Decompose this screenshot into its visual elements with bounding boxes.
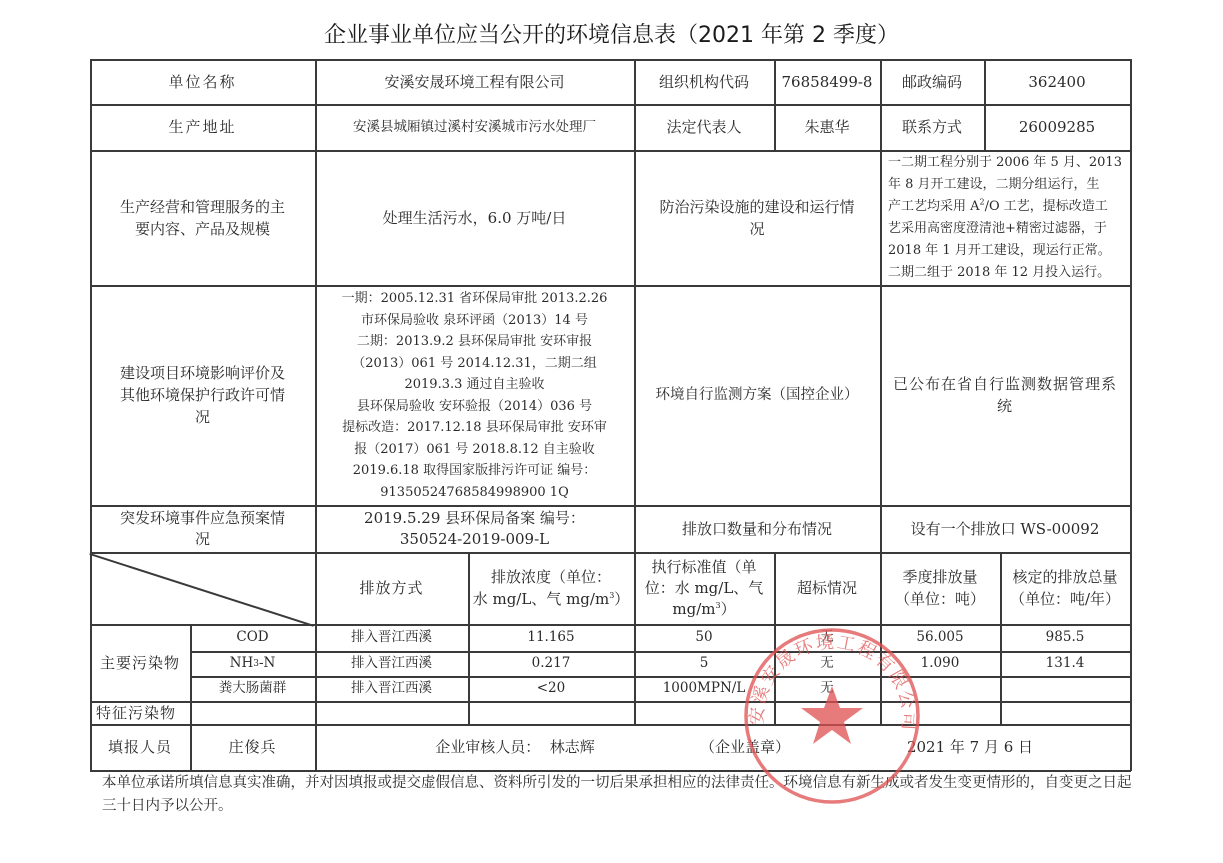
characteristic-pollutants-label: 特征污染物 bbox=[90, 701, 315, 724]
facility-line: 产工艺均采用 A2/O 工艺，提标改造工 bbox=[888, 196, 1108, 218]
header-quarterly: 季度排放量 （单位：吨） bbox=[880, 552, 1000, 624]
header-standard-line3: mg/m3） bbox=[672, 599, 735, 620]
contact-label: 联系方式 bbox=[880, 104, 984, 150]
monitoring-value-line1: 已公布在省自行监测数据管理系 bbox=[893, 373, 1117, 395]
pollutant-name: 粪大肠菌群 bbox=[190, 676, 315, 701]
operations-label-line2: 要内容、产品及规模 bbox=[135, 218, 270, 240]
signoff-date: 2021 年 7 月 6 日 bbox=[890, 724, 1050, 770]
org-code-value: 76858499-8 bbox=[774, 59, 880, 104]
eia-line: 91350524768584998900 1Q bbox=[380, 482, 568, 504]
eia-line: 二期：2013.9.2 县环保局审批 安环审报 bbox=[357, 331, 592, 353]
eia-value: 一期：2005.12.31 省环保局审批 2013.2.26 市环保局验收 泉环… bbox=[315, 286, 634, 505]
header-quarterly-line1: 季度排放量 bbox=[902, 566, 977, 588]
eia-label: 建设项目环境影响评价及 其他环境保护行政许可情 况 bbox=[90, 285, 315, 505]
facility-line: 艺采用高密度澄清池+精密过滤器，于 bbox=[888, 218, 1107, 240]
facility-label-line1: 防治污染设施的建设和运行情 bbox=[659, 196, 854, 218]
eia-line: 一期：2005.12.31 省环保局审批 2013.2.26 bbox=[342, 288, 608, 310]
pollutant-method: 排入晋江西溪 bbox=[315, 624, 468, 651]
page-title: 企业事业单位应当公开的环境信息表（2021 年第 2 季度） bbox=[0, 18, 1223, 49]
org-code-label: 组织机构代码 bbox=[634, 59, 774, 104]
eia-line: 提标改造：2017.12.18 县环保局审批 安环审 bbox=[342, 417, 607, 439]
emergency-value-line1: 2019.5.29 县环保局备案 编号： bbox=[364, 508, 585, 529]
facility-label: 防治污染设施的建设和运行情 况 bbox=[634, 150, 880, 285]
eia-label-line2: 其他环境保护行政许可情 bbox=[120, 384, 285, 406]
emergency-value: 2019.5.29 县环保局备案 编号： 350524-2019-009-L bbox=[315, 505, 634, 552]
facility-line: 2018 年 1 月开工建设，现运行正常。 bbox=[888, 240, 1111, 262]
pollutant-method: 排入晋江西溪 bbox=[315, 651, 468, 676]
pollutant-quarterly: 56.005 bbox=[880, 624, 1000, 651]
header-method: 排放方式 bbox=[315, 552, 468, 624]
pollutant-name: COD bbox=[190, 624, 315, 651]
legal-rep-value: 朱惠华 bbox=[774, 104, 880, 150]
emergency-value-line2: 350524-2019-009-L bbox=[400, 529, 549, 550]
facility-line: 二期二组于 2018 年 12 月投入运行。 bbox=[888, 262, 1110, 284]
facility-line: 一二期工程分别于 2006 年 5 月、2013 bbox=[888, 152, 1122, 174]
header-concentration-line1: 排放浓度（单位： bbox=[491, 566, 611, 588]
header-diagonal bbox=[90, 553, 314, 626]
emergency-label: 突发环境事件应急预案情 况 bbox=[90, 505, 315, 552]
pollutant-exceed: 无 bbox=[774, 651, 880, 676]
pollutant-name: NH3-N bbox=[190, 651, 315, 676]
emergency-label-line1: 突发环境事件应急预案情 bbox=[120, 508, 285, 529]
col-divider bbox=[315, 724, 317, 770]
header-standard-line1: 执行标准值（单 bbox=[651, 557, 756, 578]
filler-label: 填报人员 bbox=[90, 724, 190, 770]
pollutant-quarterly: 1.090 bbox=[880, 651, 1000, 676]
postal-code-value: 362400 bbox=[984, 59, 1130, 104]
address-value: 安溪县城厢镇过溪村安溪城市污水处理厂 bbox=[315, 104, 634, 150]
emergency-label-line2: 况 bbox=[195, 529, 210, 550]
header-approved: 核定的排放总量 （单位：吨/年） bbox=[1000, 552, 1130, 624]
eia-line: 县环保局验收 安环验报（2014）036 号 bbox=[357, 396, 592, 418]
facility-value: 一二期工程分别于 2006 年 5 月、2013 年 8 月开工建设，二期分组运… bbox=[880, 151, 1132, 285]
monitoring-label: 环境自行监测方案（国控企业） bbox=[634, 285, 880, 505]
header-approved-line1: 核定的排放总量 bbox=[1012, 566, 1117, 588]
outlet-value: 设有一个排放口 WS-00092 bbox=[880, 505, 1130, 552]
pollutant-concentration: 11.165 bbox=[468, 624, 634, 651]
pollutant-method: 排入晋江西溪 bbox=[315, 676, 468, 701]
outlet-label: 排放口数量和分布情况 bbox=[634, 505, 880, 552]
header-exceed: 超标情况 bbox=[774, 552, 880, 624]
eia-line: 2019.6.18 取得国家版排污许可证 编号： bbox=[353, 460, 596, 482]
header-concentration: 排放浓度（单位： 水 mg/L、气 mg/m3） bbox=[468, 552, 634, 624]
header-standard-line2: 位：水 mg/L、气 bbox=[645, 578, 764, 599]
pollutant-exceed: 无 bbox=[774, 676, 880, 701]
pollutant-quarterly bbox=[880, 676, 1000, 701]
contact-value: 26009285 bbox=[984, 104, 1130, 150]
pollutant-approved: 131.4 bbox=[1000, 651, 1130, 676]
pollutant-standard: 5 bbox=[634, 651, 774, 676]
eia-label-line3: 况 bbox=[195, 406, 210, 428]
postal-code-label: 邮政编码 bbox=[880, 59, 984, 104]
eia-line: 2019.3.3 通过自主验收 bbox=[404, 374, 544, 396]
disclaimer-text: 本单位承诺所填信息真实准确，并对因填报或提交虚假信息、资料所引发的一切后果承担相… bbox=[102, 772, 1132, 818]
facility-label-line2: 况 bbox=[749, 218, 764, 240]
operations-label-line1: 生产经营和管理服务的主 bbox=[120, 196, 285, 218]
eia-line: （2013）061 号 2014.12.31，二期二组 bbox=[352, 353, 597, 375]
facility-line: 年 8 月开工建设，二期分组运行，生 bbox=[888, 174, 1100, 196]
monitoring-value-line2: 统 bbox=[997, 395, 1013, 417]
header-concentration-line2: 水 mg/L、气 mg/m3） bbox=[473, 588, 630, 610]
eia-line: 报（2017）061 号 2018.8.12 自主验收 bbox=[354, 439, 594, 461]
header-approved-line2: （单位：吨/年） bbox=[1010, 588, 1120, 610]
reviewer: 企业审核人员： 林志辉 bbox=[400, 724, 630, 770]
operations-label: 生产经营和管理服务的主 要内容、产品及规模 bbox=[90, 150, 315, 285]
pollutant-concentration: <20 bbox=[468, 676, 634, 701]
pollutant-concentration: 0.217 bbox=[468, 651, 634, 676]
header-standard: 执行标准值（单 位：水 mg/L、气 mg/m3） bbox=[634, 552, 774, 624]
address-label: 生产地址 bbox=[90, 104, 315, 150]
unit-name-label: 单位名称 bbox=[90, 59, 315, 104]
pollutant-standard: 50 bbox=[634, 624, 774, 651]
pollutant-exceed: 无 bbox=[774, 624, 880, 651]
header-quarterly-line2: （单位：吨） bbox=[895, 588, 985, 610]
pollutant-approved bbox=[1000, 676, 1130, 701]
pollutant-approved: 985.5 bbox=[1000, 624, 1130, 651]
seal-label: （企业盖章） bbox=[680, 724, 810, 770]
filler-name: 庄俊兵 bbox=[190, 724, 315, 770]
operations-value: 处理生活污水，6.0 万吨/日 bbox=[315, 150, 634, 285]
pollutant-standard: 1000MPN/L bbox=[634, 676, 774, 701]
unit-name-value: 安溪安晟环境工程有限公司 bbox=[315, 59, 634, 104]
eia-label-line1: 建设项目环境影响评价及 bbox=[120, 362, 285, 384]
eia-line: 市环保局验收 泉环评函（2013）14 号 bbox=[361, 310, 588, 332]
main-pollutants-label: 主要污染物 bbox=[90, 624, 190, 701]
legal-rep-label: 法定代表人 bbox=[634, 104, 774, 150]
monitoring-value: 已公布在省自行监测数据管理系 统 bbox=[880, 285, 1130, 505]
